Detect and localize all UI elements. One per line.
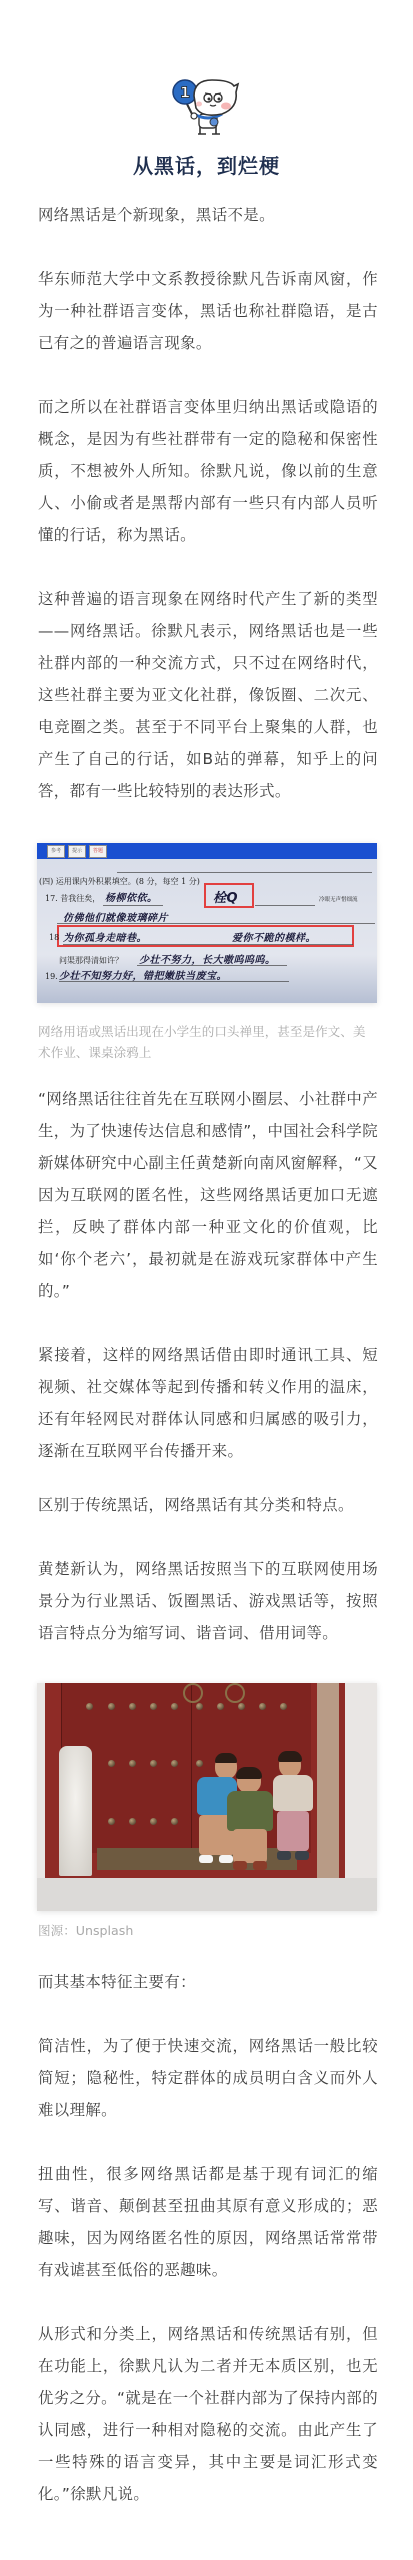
mascot-number-badge-icon: 1 (172, 74, 244, 142)
paragraph-classify: 区别于传统黑话，网络黑话有其分类和特点。 (38, 1489, 378, 1521)
paragraph-feature-distortion: 扭曲性，很多网络黑话都是基于现有词汇的缩写、谐音、颠倒甚至扭曲其原有意义形成的；… (38, 2158, 378, 2286)
door-knocker (225, 1683, 245, 1703)
stone-lion (59, 1746, 92, 1876)
paragraph-huang-quote: “网络黑话往往首先在互联网小圈层、小社群中产生，为了快速传达信息和感情”，中国社… (38, 1083, 378, 1307)
worksheet-toolbar: 参考 提示 答题 (37, 843, 377, 859)
figure-photo-kids-at-door (37, 1683, 377, 1911)
worksheet-instruction: (四) 运用课内外积累填空。(8 分，每空 1 分) (39, 876, 200, 887)
badge-number: 1 (180, 84, 190, 102)
paragraph-huang-categories: 黄楚新认为，网络黑话按照当下的互联网使用场景分为行业黑话、饭圈黑话、游戏黑话等，… (38, 1553, 378, 1649)
handwriting: 仿佛他们就像玻璃碎片 (63, 909, 168, 924)
figure-worksheet-image: 参考 提示 答题 (四) 运用课内外积累填空。(8 分，每空 1 分) 17. … (37, 843, 377, 1003)
worksheet-q: 问渠那得清如许？ (59, 955, 123, 966)
paragraph-function: 从形式和分类上，网络黑话和传统黑话有别，但在功能上，徐默凡认为二者并无本质区别，… (38, 2318, 378, 2510)
paragraph-concept: 而之所以在社群语言变体里归纳出黑话或隐语的概念，是因为有些社群带有一定的隐秘和保… (38, 391, 378, 551)
figure-caption-source: 图源：Unsplash (38, 1920, 378, 1941)
handwriting-highlighted: 为你孤身走暗巷。 (63, 929, 147, 944)
paragraph-spread-prefix: 紧接着，这样的网络黑话借 (38, 1346, 233, 1364)
worksheet-tab: 提示 (68, 845, 86, 858)
section-title: 从黑话，到烂梗 (0, 150, 413, 179)
worksheet-q19: 19. (45, 972, 58, 981)
handwriting: 少壮不知努力好，错把嫩肤当废宝。 (59, 967, 227, 982)
paragraph-features-intro: 而其基本特征主要有： (38, 1966, 378, 1998)
handwriting: 杨柳依依。 (105, 889, 158, 904)
paragraph-xu-professor: 华东师范大学中文系教授徐默凡告诉南风窗，作为一种社群语言变体，黑话也称社群隐语，… (38, 263, 378, 359)
worksheet-tab: 参考 (47, 845, 65, 858)
worksheet-text: 冷眼无声惜细流 (319, 895, 358, 903)
door-knocker (183, 1683, 203, 1703)
worksheet-q17: 17. 昔我往矣， (45, 893, 100, 904)
handwriting-highlighted: 栓Q (213, 887, 238, 906)
handwriting: 少壮不努力，长大嗷呜呜呜。 (139, 951, 276, 966)
worksheet-tab: 答题 (89, 845, 107, 858)
paragraph-spread: 紧接着，这样的网络黑话借由即时通讯工具、短视频、社交媒体等起到传播和转义作用的温… (38, 1339, 378, 1467)
paragraph-feature-concise: 简洁性，为了便于快速交流，网络黑话一般比较简短；隐秘性，特定群体的成员明白含义而… (38, 2030, 378, 2126)
paragraph-network-era: 这种普遍的语言现象在网络时代产生了新的类型——网络黑话。徐默凡表示，网络黑话也是… (38, 583, 378, 807)
paragraph-intro: 网络黑话是个新现象，黑话不是。 (38, 199, 378, 231)
figure-caption: 网络用语或黑话出现在小学生的口头禅里，甚至是作文、美术作业、课桌涂鸦上 (38, 1021, 378, 1063)
worksheet-q18: 18 (49, 933, 59, 942)
handwriting-highlighted: 爱你不跪的模样。 (232, 929, 316, 944)
